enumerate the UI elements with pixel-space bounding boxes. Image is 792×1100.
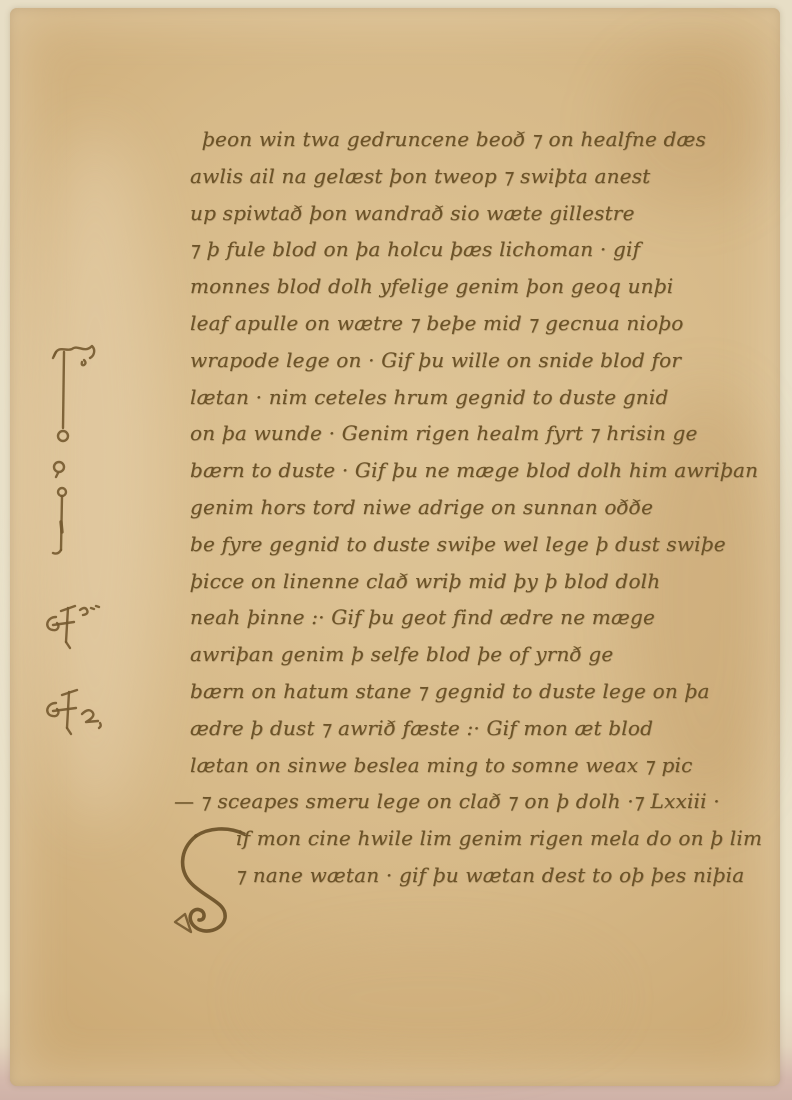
manuscript-line: ⁊ þ fule blod on þa holcu þæs lichoman ·…: [190, 231, 674, 268]
manuscript-line: lætan on sinwe beslea ming to somne weax…: [190, 747, 674, 784]
manuscript-line: awriþan genim þ selfe blod þe of yrnð ge: [190, 636, 674, 673]
margin-flag-staff-mark-icon: [46, 336, 108, 568]
manuscript-line: bærn to duste · Gif þu ne mæge blod dolh…: [190, 452, 674, 489]
margin-h-monogram-mark-icon: [42, 602, 100, 654]
manuscript-line: genim hors tord niwe adrige on sunnan oð…: [190, 489, 674, 526]
manuscript-line: awlis ail na gelæst þon tweop ⁊ swiþta a…: [190, 158, 674, 195]
manuscript-line: leaf apulle on wætre ⁊ beþe mid ⁊ gecnua…: [190, 305, 674, 342]
manuscript-text-block: þeon win twa gedruncene beoð ⁊ on healfn…: [190, 121, 674, 894]
manuscript-line: be fyre gegnid to duste swiþe wel lege þ…: [190, 526, 674, 563]
manuscript-line-with-chapter-number: — ⁊ sceapes smeru lege on clað ⁊ on þ do…: [174, 783, 674, 820]
manuscript-line: neah þinne :· Gif þu geot find ædre ne m…: [190, 599, 674, 636]
manuscript-line: ædre þ dust ⁊ awrið fæste :· Gif mon æt …: [190, 710, 674, 747]
manuscript-line: wrapode lege on · Gif þu wille on snide …: [190, 342, 674, 379]
manuscript-line: on þa wunde · Genim rigen healm fyrt ⁊ h…: [190, 415, 674, 452]
manuscript-line: monnes blod dolh yfelige genim þon geoq …: [190, 268, 674, 305]
manuscript-line: þeon win twa gedruncene beoð ⁊ on healfn…: [202, 121, 674, 158]
manuscript-line: up spiwtað þon wandrað sio wæte gillestr…: [190, 195, 674, 232]
margin-h-monogram-2-mark-icon: [42, 686, 104, 740]
manuscript-line: lætan · nim ceteles hrum gegnid to duste…: [190, 379, 674, 416]
manuscript-line-after-initial: if mon cine hwile lim genim rigen mela d…: [236, 820, 674, 857]
manuscript-line: bærn on hatum stane ⁊ gegnid to duste le…: [190, 673, 674, 710]
parchment-stain: [250, 938, 610, 1058]
manuscript-line-after-initial: ⁊ nane wætan · gif þu wætan dest to oþ þ…: [236, 857, 674, 894]
manuscript-line: þicce on linenne clað wriþ mid þy þ blod…: [190, 563, 674, 600]
